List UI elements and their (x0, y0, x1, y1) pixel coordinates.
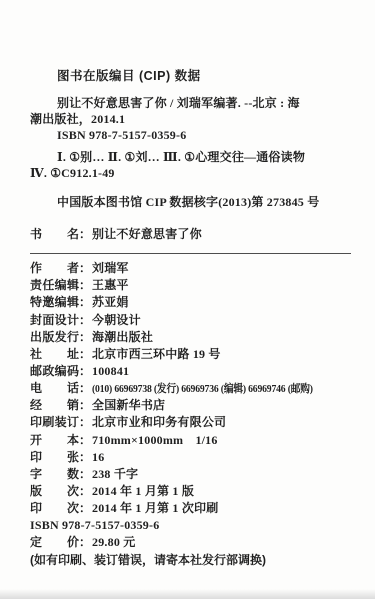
row-label: 开本 (30, 432, 79, 449)
row-value: 今朝设计 (92, 313, 141, 327)
row-label: 责任编辑 (30, 277, 79, 294)
row-value: 王惠平 (92, 278, 129, 292)
book-info-row: 电话：(010) 66969738 (发行) 66969736 (编辑) 669… (30, 380, 353, 397)
book-info-rows: 作者：刘瑞军 责任编辑：王惠平 特邀编辑：苏亚娟 封面设计：今朝设计 出版发行：… (30, 260, 353, 551)
row-value: 2014 年 1 月第 1 次印刷 (92, 501, 218, 515)
row-value: 2014 年 1 月第 1 版 (92, 484, 194, 498)
cip-classification-line-2: Ⅳ. ①C912.1-49 (30, 165, 353, 181)
row-value: 北京市业和印务有限公司 (92, 415, 226, 429)
cip-record-line-3: ISBN 978-7-5157-0359-6 (30, 127, 353, 143)
row-label: 社址 (30, 346, 79, 363)
book-info-row: 封面设计：今朝设计 (30, 312, 353, 329)
book-title-row: 书名：别让不好意思害了你 (30, 226, 353, 243)
row-colon: ： (79, 295, 91, 309)
row-colon: ： (79, 313, 91, 327)
row-label: 印刷装订 (30, 414, 79, 431)
row-label: 作者 (30, 260, 79, 277)
row-label: 字数 (30, 466, 79, 483)
book-info-row: ：ISBN 978-7-5157-0359-6 (30, 517, 353, 534)
scan-bottom-edge (0, 589, 375, 599)
row-colon: ： (79, 433, 91, 447)
row-value: 238 千字 (92, 467, 138, 481)
row-colon: ： (79, 364, 91, 378)
row-colon: ： (79, 415, 91, 429)
row-value: 苏亚娟 (92, 295, 129, 309)
book-info-row: 责任编辑：王惠平 (30, 277, 353, 294)
row-colon: ： (79, 278, 91, 292)
row-value: 海潮出版社 (92, 330, 153, 344)
row-label: 电话 (30, 380, 79, 397)
cip-registry: 中国版本图书馆 CIP 数据核字(2013)第 273845 号 (30, 194, 353, 210)
row-colon: ： (79, 501, 91, 515)
book-info-row: 作者：刘瑞军 (30, 260, 353, 277)
row-colon: ： (79, 467, 91, 481)
book-title-section: 书名：别让不好意思害了你 (30, 226, 353, 243)
title-divider (30, 253, 351, 254)
row-colon: ： (79, 347, 91, 361)
exchange-note: (如有印刷、装订错误，请寄本社发行部调换) (30, 552, 353, 569)
book-info-row: 定价：29.80 元 (30, 534, 353, 551)
book-info-row: 经销：全国新华书店 (30, 397, 353, 414)
row-colon: ： (79, 381, 91, 395)
row-colon: ： (79, 398, 91, 412)
cip-record: 别让不好意思害了你 / 刘瑞军编著. --北京 : 海 潮出版社，2014.1 … (30, 95, 353, 143)
row-label: 经销 (30, 397, 79, 414)
cip-record-line-1: 别让不好意思害了你 / 刘瑞军编著. --北京 : 海 (30, 95, 353, 111)
row-colon: ： (79, 450, 91, 464)
row-colon: ： (79, 484, 91, 498)
row-value: (010) 66969738 (发行) 66969736 (编辑) 669697… (92, 381, 313, 398)
row-label: 邮政编码 (30, 363, 79, 380)
cip-classification: Ⅰ. ①别… Ⅱ. ①刘… Ⅲ. ①心理交往—通俗读物 Ⅳ. ①C912.1-4… (30, 149, 353, 181)
book-info-row: 印刷装订：北京市业和印务有限公司 (30, 414, 353, 431)
book-info-row: 邮政编码：100841 (30, 363, 353, 380)
row-value: 北京市西三环中路 19 号 (92, 347, 221, 361)
row-value: 别让不好意思害了你 (92, 227, 202, 241)
row-value: ISBN 978-7-5157-0359-6 (30, 518, 159, 532)
cip-record-line-2: 潮出版社，2014.1 (30, 111, 353, 127)
row-value: 29.80 元 (92, 535, 135, 549)
row-label: 封面设计 (30, 312, 79, 329)
cip-classification-line-1: Ⅰ. ①别… Ⅱ. ①刘… Ⅲ. ①心理交往—通俗读物 (30, 149, 353, 165)
row-label: 版次 (30, 483, 79, 500)
row-label: 书名 (30, 226, 79, 243)
row-label: 特邀编辑 (30, 294, 79, 311)
cip-header: 图书在版编目 (CIP) 数据 (57, 68, 353, 84)
row-value: 刘瑞军 (92, 261, 129, 275)
book-info-row: 特邀编辑：苏亚娟 (30, 294, 353, 311)
copyright-page: 图书在版编目 (CIP) 数据 别让不好意思害了你 / 刘瑞军编著. --北京 … (0, 0, 375, 599)
row-colon: ： (79, 227, 91, 241)
row-label: 出版发行 (30, 329, 79, 346)
book-info-row: 印次：2014 年 1 月第 1 次印刷 (30, 500, 353, 517)
row-colon: ： (79, 330, 91, 344)
row-value: 710mm×1000mm 1/16 (92, 433, 218, 447)
book-info-row: 社址：北京市西三环中路 19 号 (30, 346, 353, 363)
row-value: 全国新华书店 (92, 398, 165, 412)
row-colon: ： (79, 535, 91, 549)
book-info-row: 版次：2014 年 1 月第 1 版 (30, 483, 353, 500)
book-info-row: 出版发行：海潮出版社 (30, 329, 353, 346)
row-label: 印次 (30, 500, 79, 517)
cip-registry-note: 中国版本图书馆 CIP 数据核字(2013)第 273845 号 (30, 194, 353, 210)
row-value: 100841 (92, 364, 129, 378)
row-label: 印张 (30, 449, 79, 466)
book-info-row: 字数：238 千字 (30, 466, 353, 483)
book-info-row: 印张：16 (30, 449, 353, 466)
row-colon: ： (79, 261, 91, 275)
row-label: 定价 (30, 534, 79, 551)
row-value: 16 (92, 450, 104, 464)
book-info-row: 开本：710mm×1000mm 1/16 (30, 432, 353, 449)
